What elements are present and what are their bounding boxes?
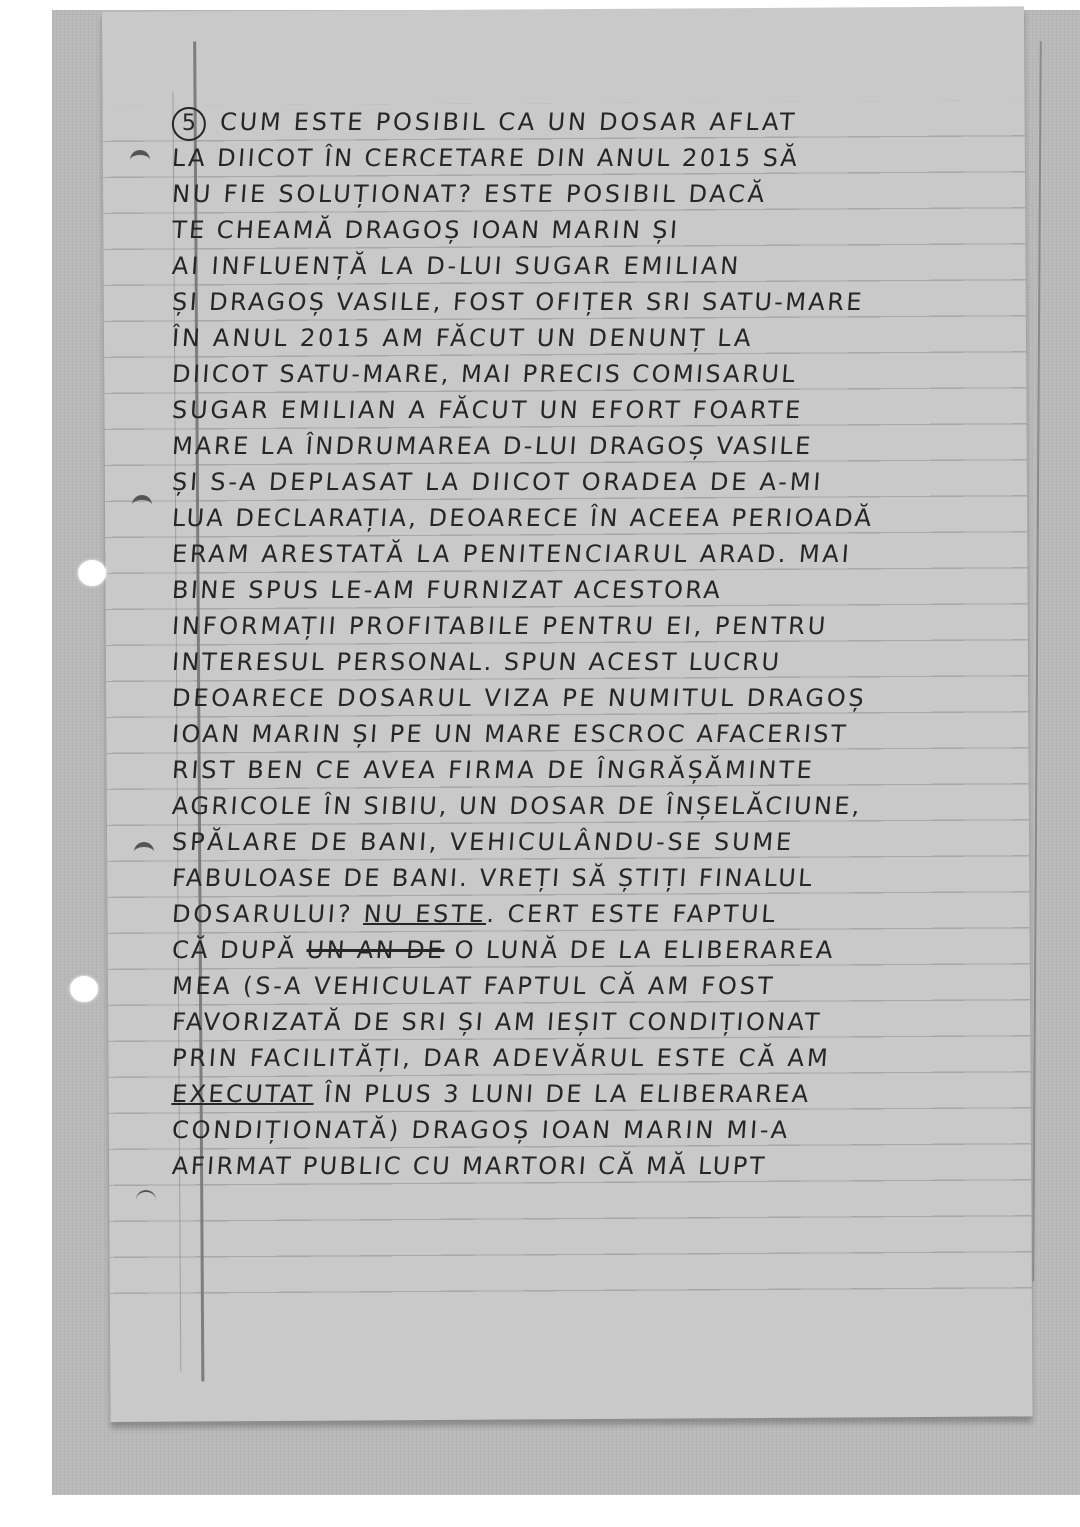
- item-number-badge: 5: [172, 107, 206, 141]
- handwritten-text: 5cum este posibil ca un dosar aflat la D…: [172, 104, 992, 1184]
- text-line-24: că după un an de o lună de la eliberarea: [171, 932, 994, 968]
- text-line-17: deoarece dosarul viza pe numitul Dragoș: [171, 680, 994, 716]
- text-line-11: și s-a deplasat la Diicot Oradea de a-mi: [171, 464, 994, 500]
- text-line-13: eram arestată la Penitenciarul Arad. Mai: [171, 536, 994, 572]
- punch-hole-icon: [78, 560, 106, 586]
- text-line-16: interesul personal. Spun acest lucru: [171, 644, 994, 680]
- text-line-29: condiționată) Dragoș Ioan Marin mi-a: [171, 1112, 994, 1148]
- text-line-7: în anul 2015 am făcut un denunț la: [171, 320, 994, 356]
- punch-mark-icon: [136, 1190, 156, 1204]
- text-line-30: afirmat public cu martori că mă lupt: [171, 1148, 994, 1184]
- punch-mark-icon: [132, 495, 152, 512]
- text-line-4: te cheamă Dragoș Ioan Marin și: [171, 212, 994, 248]
- text-line-2: la Diicot în cercetare din anul 2015 să: [171, 140, 994, 176]
- text-line-25: mea (s-a vehiculat faptul că am fost: [171, 968, 994, 1004]
- text-line-21: spălare de bani, vehiculându-se sume: [171, 824, 994, 860]
- text-line-14: bine spus le-am furnizat acestora: [171, 572, 994, 608]
- text-line-10: mare la îndrumarea d-lui Dragoș Vasile: [171, 428, 994, 464]
- underlined-phrase: dosarului? Nu este. Cert este faptul: [171, 900, 778, 928]
- text-line-3: nu fie soluționat? Este posibil dacă: [171, 176, 994, 212]
- text-line-23: dosarului? Nu este. Cert este faptul: [171, 896, 994, 932]
- underlined-word: executat: [171, 1080, 315, 1108]
- text-line-19: rist Ben ce avea firma de îngrășăminte: [171, 752, 994, 788]
- punch-hole-icon: [70, 976, 98, 1002]
- text-line-26: favorizată de SRI și am ieșit condiționa…: [171, 1004, 994, 1040]
- text-line-1: 5cum este posibil ca un dosar aflat: [171, 104, 994, 140]
- text-line-20: agricole în Sibiu, un dosar de înșelăciu…: [171, 788, 994, 824]
- text-line-6: și Dragoș Vasile, fost ofițer SRI Satu-M…: [171, 284, 994, 320]
- text-line-12: lua declarația, deoarece în aceea perioa…: [171, 500, 994, 536]
- text-line-9: Sugar Emilian a făcut un efort foarte: [171, 392, 994, 428]
- text-line-28: executat în plus 3 luni de la eliberarea: [171, 1076, 994, 1112]
- struck-out-text: un an de: [306, 936, 446, 964]
- text-line-22: fabuloase de bani. Vreți să știți finalu…: [171, 860, 994, 896]
- text-line-5: ai influență la d-lui Sugar Emilian: [171, 248, 994, 284]
- text-line-27: prin facilități, dar adevărul este că am: [171, 1040, 994, 1076]
- text-line-8: Diicot Satu-Mare, mai precis comisarul: [171, 356, 994, 392]
- text-line-15: informații profitabile pentru ei, pentru: [171, 608, 994, 644]
- punch-mark-icon: [134, 842, 154, 859]
- text-line-18: Ioan Marin și pe un mare escroc afaceris…: [171, 716, 994, 752]
- punch-mark-icon: [130, 150, 150, 167]
